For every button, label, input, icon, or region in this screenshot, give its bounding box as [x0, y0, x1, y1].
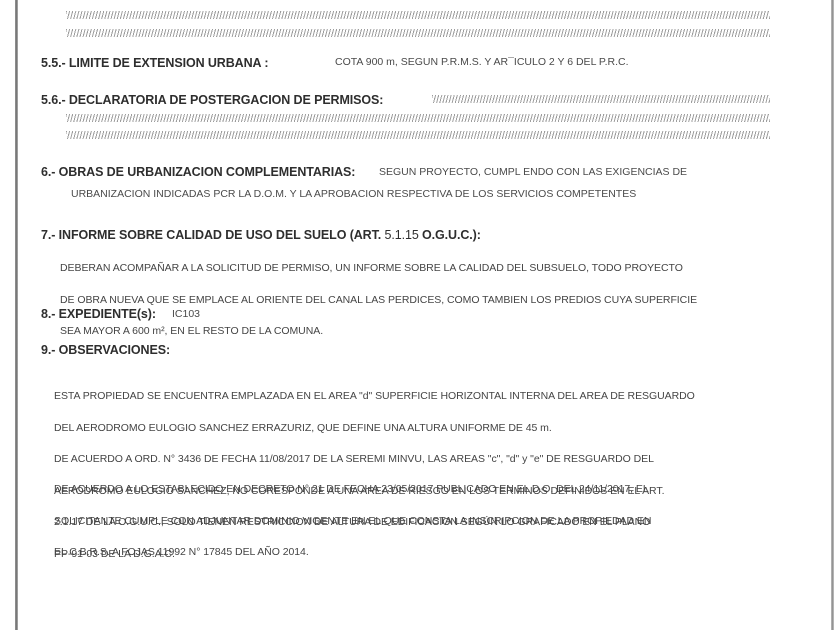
section-7-label: 7.- INFORME SOBRE CALIDAD DE USO DEL SUE… [41, 228, 481, 242]
section-7-label-text: 7.- INFORME SOBRE CALIDAD DE USO DEL SUE… [41, 228, 381, 242]
section-5-6-label: 5.6.- DECLARATORIA DE POSTERGACION DE PE… [41, 93, 383, 107]
section-8-label: 8.- EXPEDIENTE(s): [41, 307, 156, 321]
section-5-5-label: 5.5.- LIMITE DE EXTENSION URBANA : [41, 56, 268, 70]
redacted-line [66, 114, 770, 122]
section-7-article-ref: 5.1.15 [385, 228, 419, 242]
redacted-line [66, 11, 770, 19]
text-line: EL C.B.R.S. A FOJAS 11992 N° 17845 DEL A… [54, 547, 651, 558]
redacted-line [432, 95, 770, 103]
redacted-line [66, 131, 770, 139]
observations-paragraph-2: DE ACUERDO A LO ESTABLECIDO EN DECRETO N… [54, 463, 651, 568]
text-line: DE OBRA NUEVA QUE SE EMPLACE AL ORIENTE … [60, 295, 697, 306]
section-7-label-end: O.G.U.C.): [422, 228, 481, 242]
page-border-right [831, 0, 834, 630]
section-9-label: 9.- OBSERVACIONES: [41, 343, 170, 357]
page-border-left [15, 0, 18, 630]
text-line: SEA MAYOR A 600 m², EN EL RESTO DE LA CO… [60, 326, 697, 337]
section-7-text: DEBERAN ACOMPAÑAR A LA SOLICITUD DE PERM… [60, 242, 697, 347]
text-line: DEL AERODROMO EULOGIO SANCHEZ ERRAZURIZ,… [54, 423, 695, 434]
section-6-label: 6.- OBRAS DE URBANIZACION COMPLEMENTARIA… [41, 165, 355, 179]
section-6-value-line1: SEGUN PROYECTO, CUMPL ENDO CON LAS EXIGE… [379, 166, 687, 178]
section-5-5-value: COTA 900 m, SEGUN P.R.M.S. Y AR¯ICULO 2 … [335, 56, 629, 68]
text-line: SOLICITANTE CUMPLE CON ADJUNTAR DOMINIO … [54, 516, 651, 527]
section-6-value-line2: URBANIZACION INDICADAS PCR LA D.O.M. Y L… [71, 188, 636, 200]
text-line: DE ACUERDO A LO ESTABLECIDO EN DECRETO N… [54, 484, 651, 495]
expediente-value: IC103 [172, 308, 200, 320]
text-line: ESTA PROPIEDAD SE ENCUENTRA EMPLAZADA EN… [54, 391, 695, 402]
redacted-line [66, 29, 770, 37]
text-line: DEBERAN ACOMPAÑAR A LA SOLICITUD DE PERM… [60, 263, 697, 274]
